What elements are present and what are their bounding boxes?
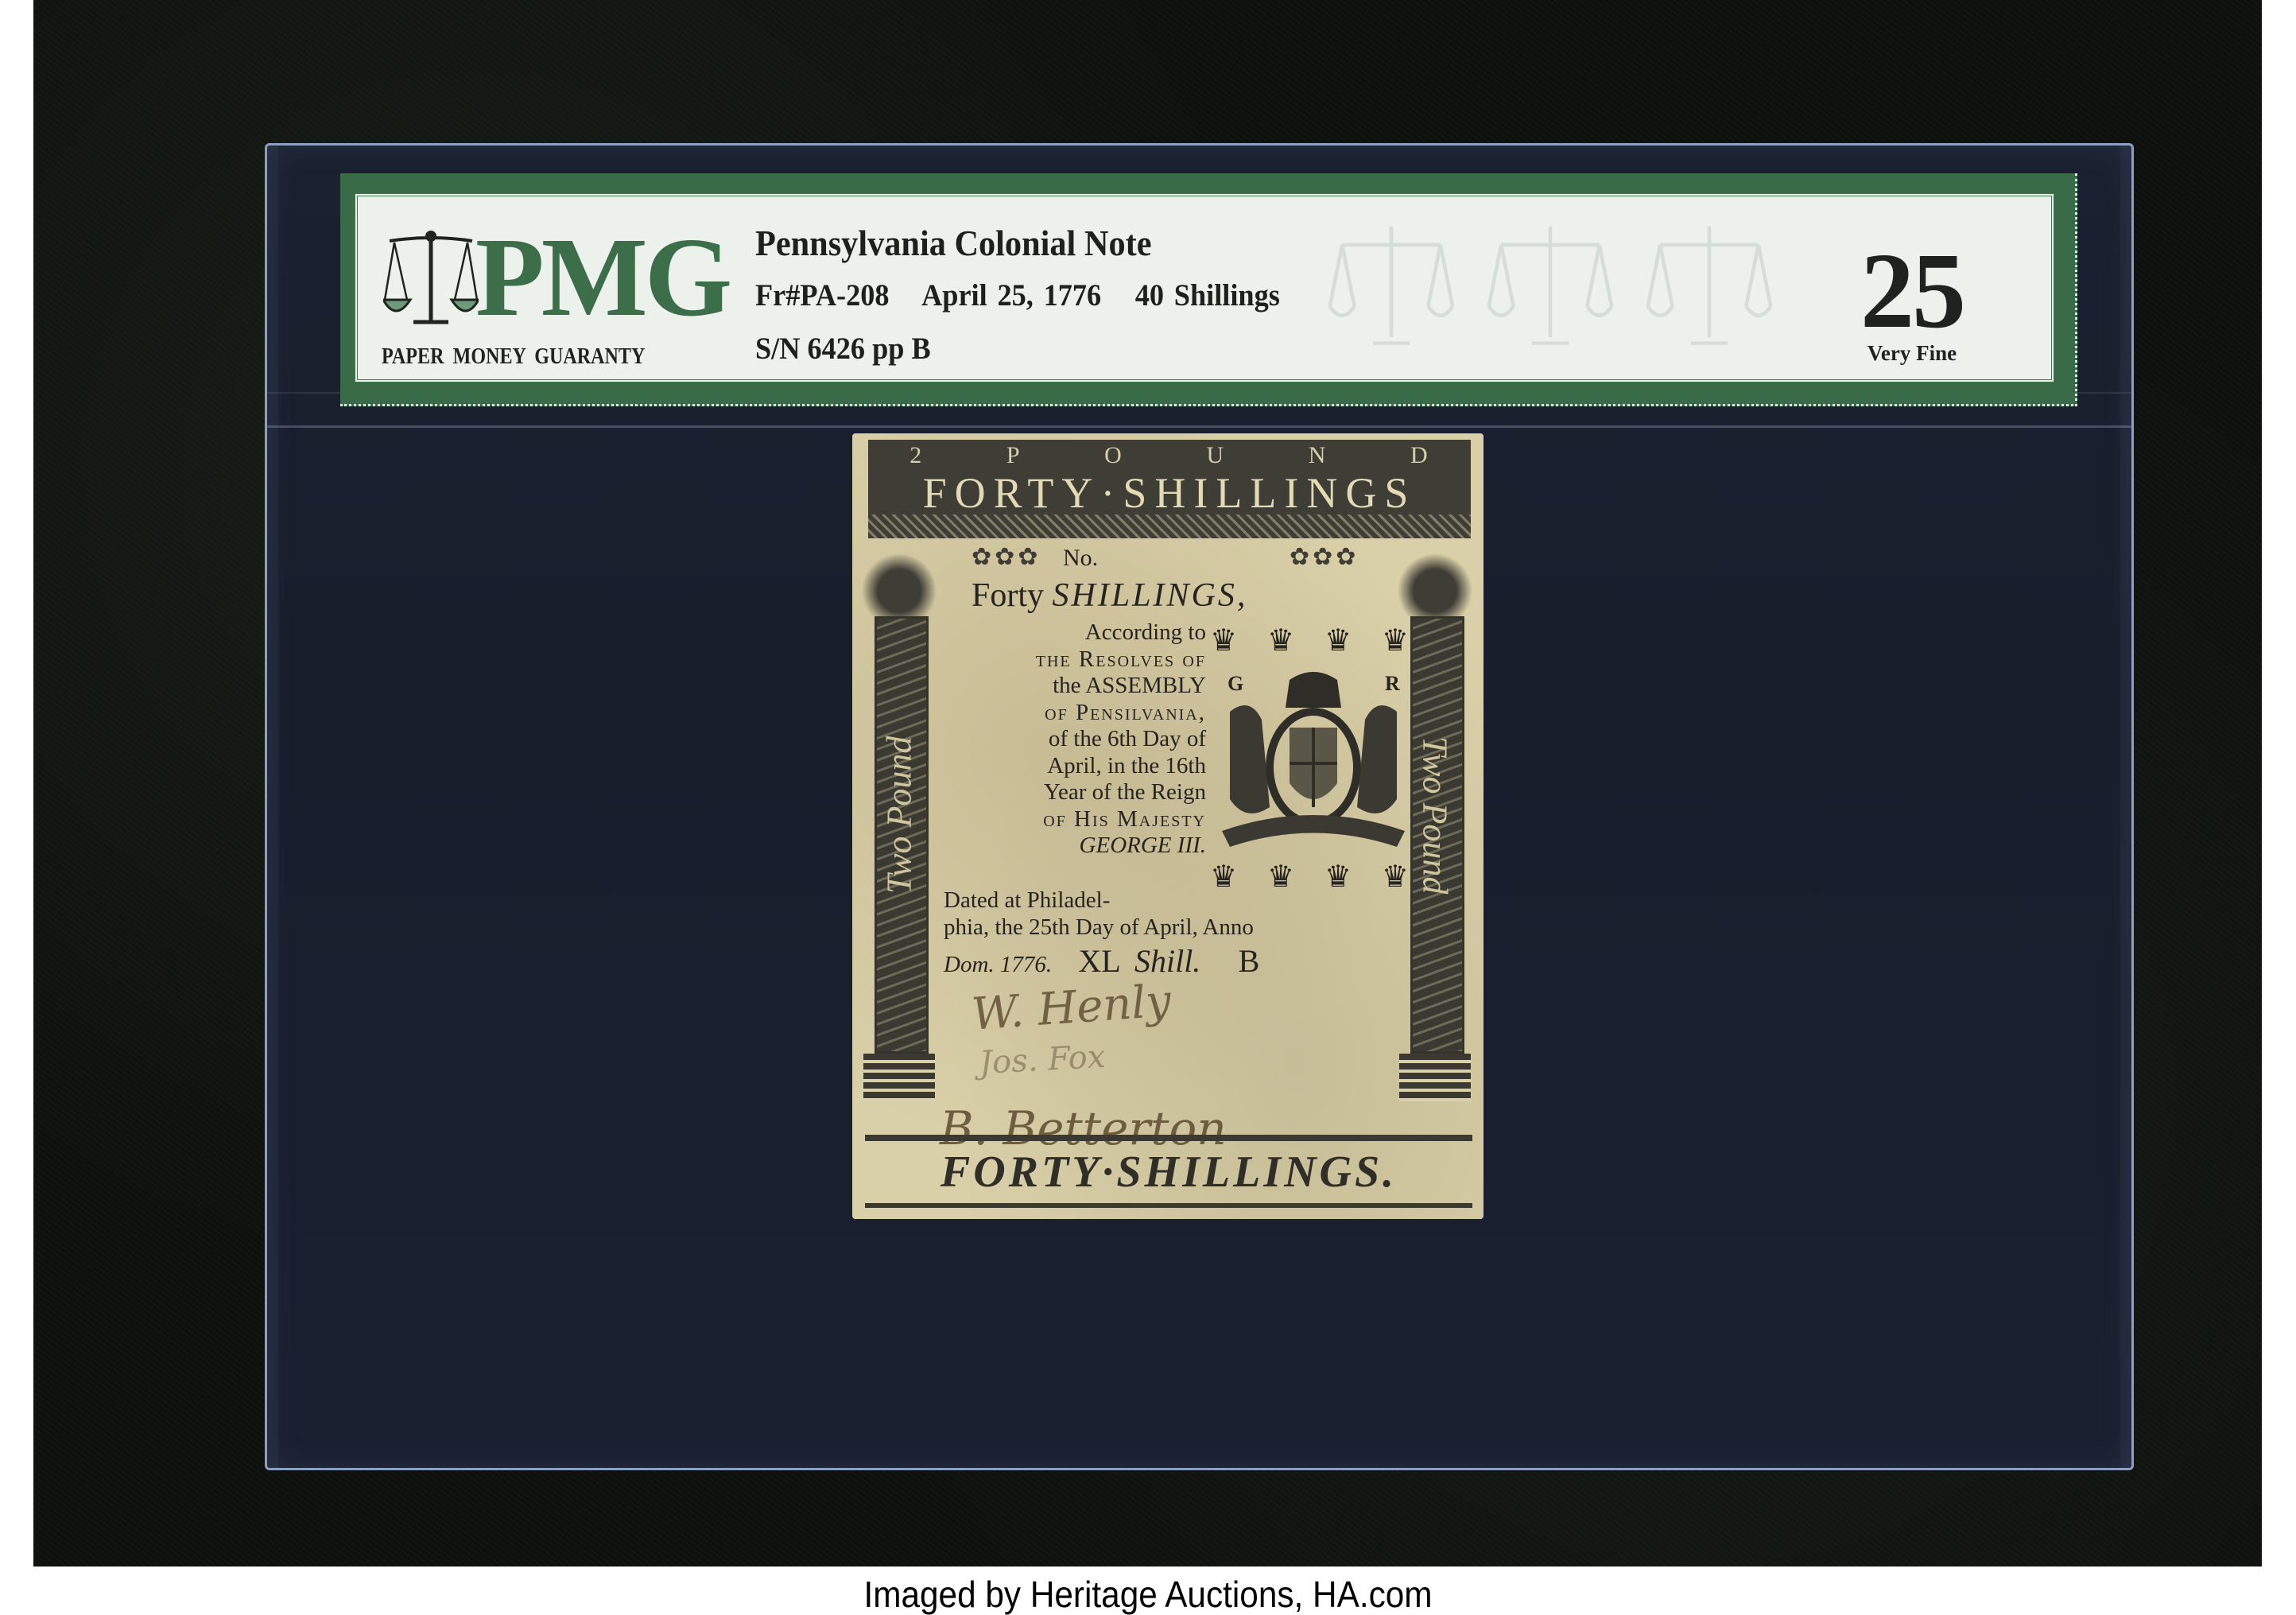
year-label: Dom. 1776. [944, 952, 1052, 977]
column-base [863, 1054, 935, 1101]
ornamental-border [868, 514, 1471, 538]
crown-row-top: ♛ ♛ ♛ ♛ [1210, 623, 1409, 658]
serial-no-label: No. [1063, 545, 1098, 572]
holder-seam [267, 425, 2131, 428]
scales-watermark-icon [1328, 220, 1455, 355]
dated-text: Dated at Philadel- phia, the 25th Day of… [944, 887, 1254, 941]
denomination-script: Forty SHILLINGS, [972, 577, 1247, 615]
side-denomination-text: Two Pound [875, 648, 924, 982]
resolution-text: According to the Resolves of the ASSEMBL… [944, 619, 1206, 860]
bottom-denomination-title: FORTY·SHILLINGS. [865, 1135, 1472, 1208]
rosette-icon: ✿✿✿ [972, 543, 1041, 571]
image-credit-caption: Imaged by Heritage Auctions, HA.com [92, 1573, 2205, 1615]
side-denomination-text: Two Pound [1410, 648, 1460, 982]
forty-word: Forty [972, 577, 1044, 614]
crown-icon: ♛ [1267, 623, 1294, 658]
crown-icon: ♛ [1324, 859, 1352, 895]
crown-icon: ♛ [1382, 859, 1409, 895]
grade-number: 25 [1860, 243, 1964, 340]
text-line: of the 6th Day of [944, 726, 1206, 753]
text-line: the ASSEMBLY [944, 673, 1206, 700]
note-description: Pennsylvania Colonial Note Fr#PA-208 Apr… [755, 225, 1345, 367]
shillings-script: SHILLINGS, [1053, 577, 1248, 614]
note-details: Fr#PA-208 April 25, 1776 40 Shillings [755, 278, 1304, 313]
plate-letter: B [1239, 943, 1260, 979]
colonial-note: 2 P O U N D FORTY·SHILLINGS Two Pound Tw… [852, 433, 1483, 1219]
text-line: Dated at Philadel- [944, 887, 1254, 914]
text-line: According to [944, 619, 1206, 646]
pound-letter: U [1206, 442, 1225, 469]
text-line: April, in the 16th [944, 753, 1206, 780]
pound-letter: O [1104, 442, 1123, 469]
roman-denomination: XL [1078, 943, 1120, 979]
column-capital [862, 553, 937, 616]
top-title-band: 2 P O U N D FORTY·SHILLINGS [868, 440, 1471, 538]
top-denomination-title: FORTY·SHILLINGS [868, 473, 1471, 513]
denomination-line: Dom. 1776. XL Shill. B [944, 942, 1259, 980]
pound-letter: N [1309, 442, 1328, 469]
shill-label: Shill. [1134, 943, 1200, 979]
catalog-number: Fr#PA-208 [755, 278, 890, 313]
text-line: Year of the Reign [944, 779, 1206, 806]
text-line: phia, the 25th Day of April, Anno [944, 914, 1254, 941]
crown-icon: ♛ [1382, 623, 1409, 658]
grade-description: Very Fine [1860, 341, 1964, 366]
pound-letter: 2 [909, 442, 923, 469]
issue-date: April 25, 1776 [921, 278, 1101, 313]
pmg-logo: PMG PAPER MONEY GUARANTY [374, 228, 723, 382]
scales-watermark-icon [1646, 220, 1773, 355]
crown-icon: ♛ [1210, 623, 1237, 658]
right-column-ornament: Two Pound [1404, 553, 1466, 1101]
left-column-ornament: Two Pound [868, 553, 930, 1101]
royal-coat-of-arms-icon [1214, 664, 1413, 855]
scales-of-justice-icon [383, 228, 479, 332]
pmg-brand: PMG [475, 220, 729, 333]
pmg-label: PMG PAPER MONEY GUARANTY Pennsylvania Co… [340, 173, 2077, 406]
note-title: Pennsylvania Colonial Note [755, 225, 1297, 262]
pound-letters: 2 P O U N D [868, 440, 1471, 472]
pound-letter: D [1410, 442, 1429, 469]
pound-letter: P [1006, 442, 1022, 469]
column-base [1399, 1054, 1471, 1101]
serial-number: S/N 6426 pp B [755, 331, 1304, 367]
label-panel: PMG PAPER MONEY GUARANTY Pennsylvania Co… [355, 193, 2054, 382]
signature: Jos. Fox [979, 1038, 1106, 1081]
crown-icon: ♛ [1267, 859, 1294, 895]
crown-icon: ♛ [1324, 623, 1352, 658]
pmg-subtitle: PAPER MONEY GUARANTY [382, 344, 645, 370]
scales-watermark-icon [1487, 220, 1614, 355]
text-line: GEORGE III. [944, 833, 1206, 860]
column-capital [1398, 553, 1472, 616]
denomination: 40 Shillings [1135, 278, 1280, 313]
rosette-icon: ✿✿✿ [1290, 543, 1359, 571]
grade-block: 25 Very Fine [1860, 243, 1964, 366]
text-line: of His Majesty [944, 806, 1206, 833]
signature: W. Henly [970, 975, 1173, 1040]
text-line: the Resolves of [944, 646, 1206, 674]
text-line: of Pensilvania, [944, 700, 1206, 727]
